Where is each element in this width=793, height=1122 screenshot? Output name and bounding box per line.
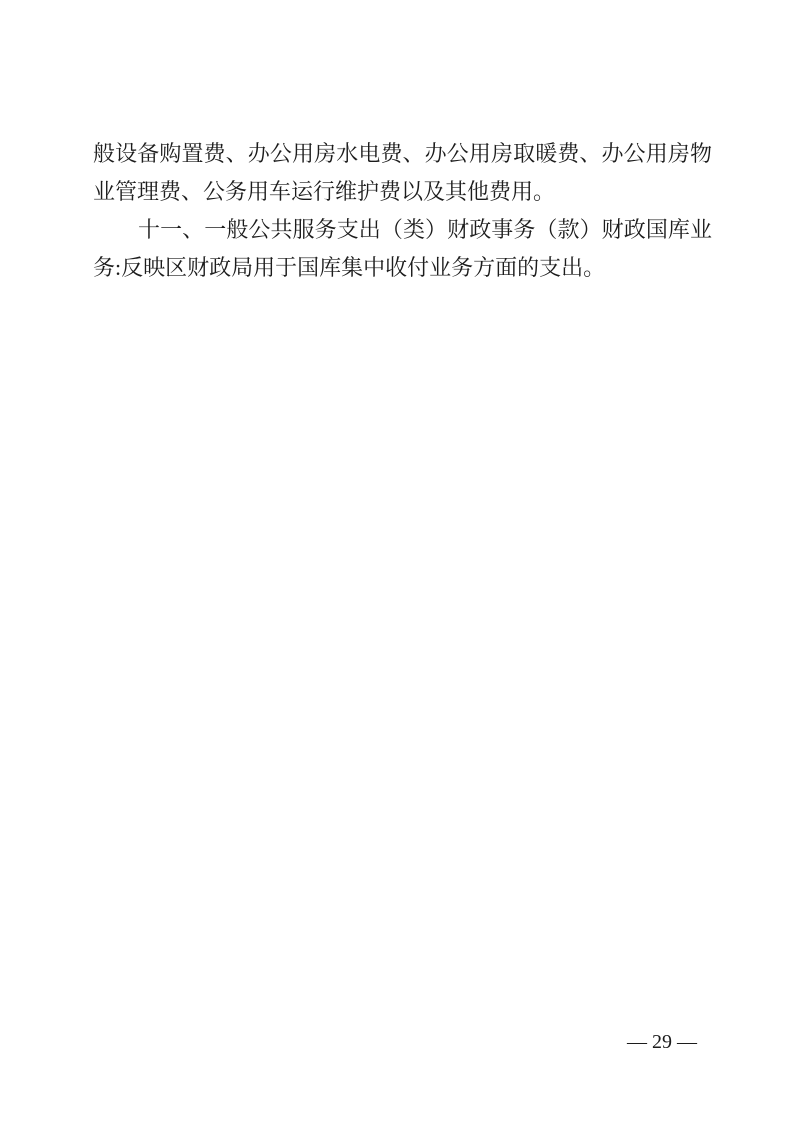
text-line: 十一、一般公共服务支出（类）财政事务（款）财政国库业 (93, 211, 712, 249)
page-footer: — 29 — (627, 1029, 697, 1055)
paragraph-item-eleven: 十一、一般公共服务支出（类）财政事务（款）财政国库业 务:反映区财政局用于国库集… (93, 211, 712, 287)
paragraph-expense-continuation: 般设备购置费、办公用房水电费、办公用房取暖费、办公用房物 业管理费、公务用车运行… (93, 135, 712, 211)
document-body: 般设备购置费、办公用房水电费、办公用房取暖费、办公用房物 业管理费、公务用车运行… (93, 135, 712, 287)
document-page: 般设备购置费、办公用房水电费、办公用房取暖费、办公用房物 业管理费、公务用车运行… (0, 0, 793, 1122)
page-number: — 29 — (627, 1031, 697, 1053)
text-line: 务:反映区财政局用于国库集中收付业务方面的支出。 (93, 249, 712, 287)
text-line: 般设备购置费、办公用房水电费、办公用房取暖费、办公用房物 (93, 135, 712, 173)
text-line: 业管理费、公务用车运行维护费以及其他费用。 (93, 173, 712, 211)
